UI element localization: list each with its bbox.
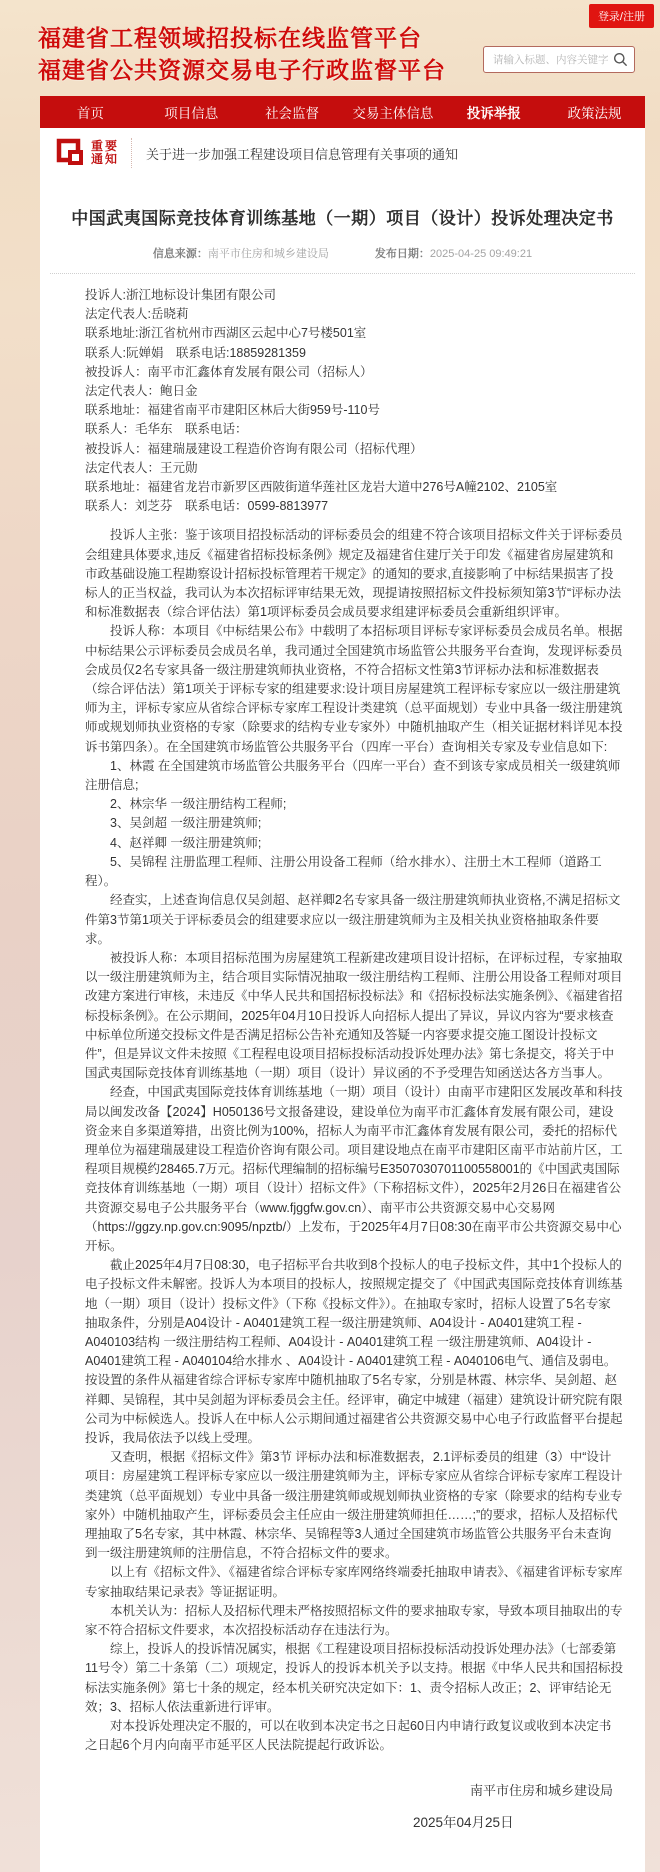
body-paragraph: 4、赵祥卿 一级注册建筑师; [85,834,623,853]
contact-line: 法定代表人：王元勋 [85,459,623,478]
nav-item[interactable]: 投诉举报 [443,102,544,122]
meta-date-value: 2025-04-25 09:49:21 [430,248,532,260]
meta-source: 信息来源：南平市住房和城乡建设局 [153,245,329,261]
signature: 南平市住房和城乡建设局 [85,1781,623,1800]
site-title-line1: 福建省工程领域招投标在线监管平台 [38,22,446,54]
search-input[interactable] [493,54,613,66]
contact-line: 联系地址：福建省南平市建阳区林后大街959号-110号 [85,401,623,420]
contact-line: 联系人：毛华东 联系电话： [85,420,623,439]
paragraph-block: 投诉人主张：鉴于该项目招投标活动的评标委员会的组建不符合该项目招标文件关于评标委… [85,526,623,1755]
nav-item[interactable]: 交易主体信息 [342,102,443,122]
body-paragraph: 截止2025年4月7日08:30，电子招标平台共收到8个投标人的电子投标文件，其… [85,1256,623,1448]
contact-line: 被投诉人：福建瑞晟建设工程造价咨询有限公司（招标代理） [85,440,623,459]
site-title-line2: 福建省公共资源交易电子行政监督平台 [38,54,446,86]
important-notice-icon [56,138,86,168]
body-paragraph: 经查实，上述查询信息仅吴剑超、赵祥卿2名专家具备一级注册建筑师执业资格,不满足招… [85,891,623,949]
meta-date: 发布日期：2025-04-25 09:49:21 [375,245,532,261]
body-paragraph: 投诉人称：本项目《中标结果公布》中载明了本招标项目评标专家评标委员会成员名单。根… [85,622,623,756]
main-nav: 首页 项目信息 社会监督 交易主体信息 投诉举报 政策法规 [40,96,645,128]
body-paragraph: 1、林霞 在全国建筑市场监管公共服务平台（四库一平台）查不到该专家成员相关一级建… [85,757,623,795]
contact-line: 联系地址:浙江省杭州市西湖区云起中心7号楼501室 [85,324,623,343]
contact-line: 被投诉人：南平市汇鑫体育发展有限公司（招标人） [85,363,623,382]
search-box[interactable] [483,46,635,73]
contact-line: 法定代表人：鲍日金 [85,382,623,401]
body-paragraph: 3、吴剑超 一级注册建筑师; [85,814,623,833]
nav-item[interactable]: 项目信息 [141,102,242,122]
contact-line: 法定代表人:岳晓莉 [85,305,623,324]
nav-item[interactable]: 政策法规 [544,102,645,122]
nav-item[interactable]: 社会监督 [242,102,343,122]
body-paragraph: 又查明，根据《招标文件》第3节 评标办法和标准数据表，2.1评标委员的组建（3）… [85,1448,623,1563]
document-body: 投诉人:浙江地标设计集团有限公司 法定代表人:岳晓莉 联系地址:浙江省杭州市西湖… [40,274,645,1832]
notice-divider [131,138,132,168]
site-title: 福建省工程领域招投标在线监管平台 福建省公共资源交易电子行政监督平台 [38,22,446,86]
page: 登录/注册 福建省工程领域招投标在线监管平台 福建省公共资源交易电子行政监督平台… [0,0,660,1872]
signature-date-text: 2025年04月25日 [413,1813,514,1832]
signature-date: 2025年04月25日 [85,1813,623,1832]
notice-link[interactable]: 关于进一步加强工程建设项目信息管理有关事项的通知 [146,144,458,163]
content-card: 重要 通知 关于进一步加强工程建设项目信息管理有关事项的通知 中国武夷国际竞技体… [40,128,645,1872]
document-title: 中国武夷国际竞技体育训练基地（一期）项目（设计）投诉处理决定书 [40,204,645,229]
meta-date-label: 发布日期： [375,248,430,260]
meta-source-value: 南平市住房和城乡建设局 [208,248,329,260]
body-paragraph: 被投诉人称：本项目招标范围为房屋建筑工程新建改建项目设计招标，在评标过程，专家抽… [85,949,623,1083]
contact-line: 投诉人:浙江地标设计集团有限公司 [85,286,623,305]
body-paragraph: 对本投诉处理决定不服的，可以在收到本决定书之日起60日内申请行政复议或收到本决定… [85,1717,623,1755]
login-register-button[interactable]: 登录/注册 [589,4,654,28]
body-paragraph: 投诉人主张：鉴于该项目招投标活动的评标委员会的组建不符合该项目招标文件关于评标委… [85,526,623,622]
site-header: 登录/注册 福建省工程领域招投标在线监管平台 福建省公共资源交易电子行政监督平台 [0,0,660,96]
notice-badge: 重要 通知 [56,138,119,168]
body-paragraph: 以上有《招标文件》、《福建省综合评标专家库网络终端委托抽取申请表》、《福建省评标… [85,1563,623,1601]
body-paragraph: 经查，中国武夷国际竞技体育训练基地（一期）项目（设计）由南平市建阳区发展改革和科… [85,1083,623,1256]
notice-badge-text: 重要 通知 [91,140,119,166]
notice-badge-line2: 通知 [91,153,119,166]
body-paragraph: 综上，投诉人的投诉情况属实，根据《工程建设项目招标投标活动投诉处理办法》（七部委… [85,1640,623,1717]
contact-line: 联系地址：福建省龙岩市新罗区西陂街道华莲社区龙岩大道中276号A幢2102、21… [85,478,623,497]
body-paragraph: 本机关认为：招标人及招标代理未严格按照招标文件的要求抽取专家，导致本项目抽取出的… [85,1602,623,1640]
search-icon[interactable] [613,52,628,67]
body-paragraph: 2、林宗华 一级注册结构工程师; [85,795,623,814]
document-meta: 信息来源：南平市住房和城乡建设局 发布日期：2025-04-25 09:49:2… [40,245,645,261]
nav-item[interactable]: 首页 [40,102,141,122]
contact-block: 投诉人:浙江地标设计集团有限公司 法定代表人:岳晓莉 联系地址:浙江省杭州市西湖… [85,286,623,516]
notice-bar: 重要 通知 关于进一步加强工程建设项目信息管理有关事项的通知 [40,128,645,176]
contact-line: 联系人：刘芝芬 联系电话：0599-8813977 [85,497,623,516]
contact-line: 联系人:阮婵娟 联系电话:18859281359 [85,344,623,363]
meta-source-label: 信息来源： [153,248,208,260]
body-paragraph: 5、吴锦程 注册监理工程师、注册公用设备工程师（给水排水）、注册土木工程师（道路… [85,853,623,891]
